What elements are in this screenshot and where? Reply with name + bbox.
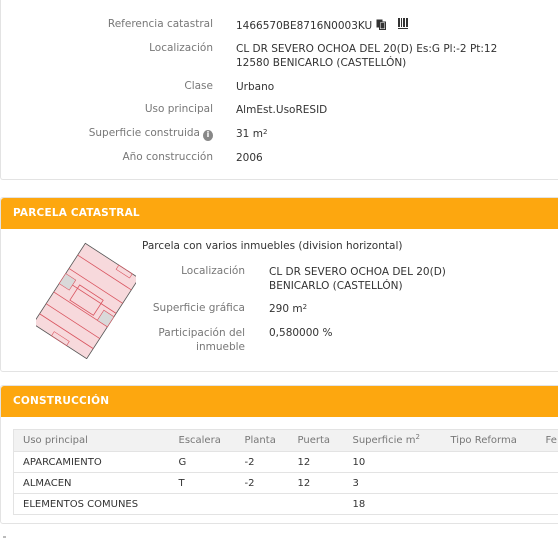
cell-fecha	[537, 473, 558, 494]
cell-puerta: 12	[289, 452, 344, 473]
cell-tipo-reforma	[442, 494, 537, 515]
table-row: APARCAMIENTO G -2 12 10	[14, 452, 558, 473]
cell-planta: -2	[236, 473, 289, 494]
inmueble-panel: Referencia catastral 1466570BE8716N0003K…	[0, 0, 558, 180]
uso-label: Uso principal	[145, 103, 213, 115]
uso-value: AlmEst.UsoRESID	[236, 103, 327, 117]
referencia-label: Referencia catastral	[108, 18, 213, 30]
cell-tipo-reforma	[442, 452, 537, 473]
col-fecha: Fe	[537, 430, 558, 452]
participacion-label-line2: inmueble	[158, 340, 245, 354]
parcela-header: PARCELA CATASTRAL	[1, 198, 558, 229]
table-header-row: Uso principal Escalera Planta Puerta Sup…	[14, 430, 558, 452]
cell-escalera	[170, 494, 236, 515]
cell-escalera: G	[170, 452, 236, 473]
parcela-participacion-label: Participación del inmueble	[158, 326, 245, 354]
cell-uso: ALMACEN	[14, 473, 170, 494]
parcela-superficie-unit-sup: 2	[303, 303, 307, 311]
clase-value: Urbano	[236, 80, 274, 94]
cell-planta: -2	[236, 452, 289, 473]
anio-value: 2006	[236, 151, 263, 165]
parcela-localizacion-label: Localización	[181, 265, 245, 277]
cell-escalera: T	[170, 473, 236, 494]
parcela-superficie-value: 290 m2	[269, 302, 307, 316]
cell-fecha	[537, 452, 558, 473]
cell-fecha	[537, 494, 558, 515]
cell-tipo-reforma	[442, 473, 537, 494]
parcel-plan-image[interactable]	[36, 239, 136, 362]
localizacion-line1: CL DR SEVERO OCHOA DEL 20(D) Es:G Pl:-2 …	[236, 42, 497, 56]
cell-superficie: 10	[344, 452, 442, 473]
table-row: ELEMENTOS COMUNES 18	[14, 494, 558, 515]
cell-puerta: 12	[289, 473, 344, 494]
parcela-participacion-value: 0,580000 %	[269, 326, 332, 340]
cell-uso: ELEMENTOS COMUNES	[14, 494, 170, 515]
localizacion-label: Localización	[149, 42, 213, 54]
construccion-panel: CONSTRUCCIÓN Uso principal Escalera Plan…	[0, 385, 558, 524]
cell-superficie: 18	[344, 494, 442, 515]
cell-uso: APARCAMIENTO	[14, 452, 170, 473]
localizacion-value: CL DR SEVERO OCHOA DEL 20(D) Es:G Pl:-2 …	[236, 42, 497, 70]
barcode-icon[interactable]	[398, 18, 409, 34]
col-tipo-reforma: Tipo Reforma	[442, 430, 537, 452]
col-escalera: Escalera	[170, 430, 236, 452]
localizacion-line2: 12580 BENICARLO (CASTELLÓN)	[236, 56, 497, 70]
col-superficie-text: Superficie m	[353, 435, 416, 446]
participacion-label-line1: Participación del	[158, 326, 245, 340]
superficie-number: 31 m	[236, 128, 263, 140]
cell-puerta	[289, 494, 344, 515]
referencia-text: 1466570BE8716N0003KU	[236, 20, 372, 32]
parcela-localizacion-value: CL DR SEVERO OCHOA DEL 20(D) BENICARLO (…	[269, 265, 446, 293]
col-planta: Planta	[236, 430, 289, 452]
divider-mark	[3, 536, 6, 538]
superficie-value: 31 m2	[236, 127, 267, 141]
superficie-label: Superficie construidai	[89, 127, 213, 141]
parcela-localizacion-line2: BENICARLO (CASTELLÓN)	[269, 279, 446, 293]
cell-planta	[236, 494, 289, 515]
anio-label: Año construcción	[122, 151, 213, 163]
construccion-table: Uso principal Escalera Planta Puerta Sup…	[13, 429, 558, 515]
parcela-superficie-label: Superficie gráfica	[153, 302, 245, 314]
table-row: ALMACEN T -2 12 3	[14, 473, 558, 494]
col-superficie-sup: 2	[415, 433, 419, 441]
parcela-description: Parcela con varios inmuebles (division h…	[142, 240, 402, 252]
superficie-label-text: Superficie construida	[89, 127, 200, 139]
info-icon[interactable]: i	[203, 130, 213, 141]
parcela-panel: PARCELA CATASTRAL Parcela con varios inm…	[0, 197, 558, 372]
col-uso-principal: Uso principal	[14, 430, 170, 452]
copy-icon[interactable]	[376, 19, 387, 34]
parcela-superficie-number: 290 m	[269, 303, 303, 315]
superficie-unit-sup: 2	[263, 128, 267, 136]
cell-superficie: 3	[344, 473, 442, 494]
parcela-localizacion-line1: CL DR SEVERO OCHOA DEL 20(D)	[269, 265, 446, 279]
col-puerta: Puerta	[289, 430, 344, 452]
referencia-value[interactable]: 1466570BE8716N0003KU	[236, 18, 409, 34]
col-superficie: Superficie m2	[344, 430, 442, 452]
clase-label: Clase	[184, 80, 213, 92]
construccion-header: CONSTRUCCIÓN	[1, 386, 558, 417]
